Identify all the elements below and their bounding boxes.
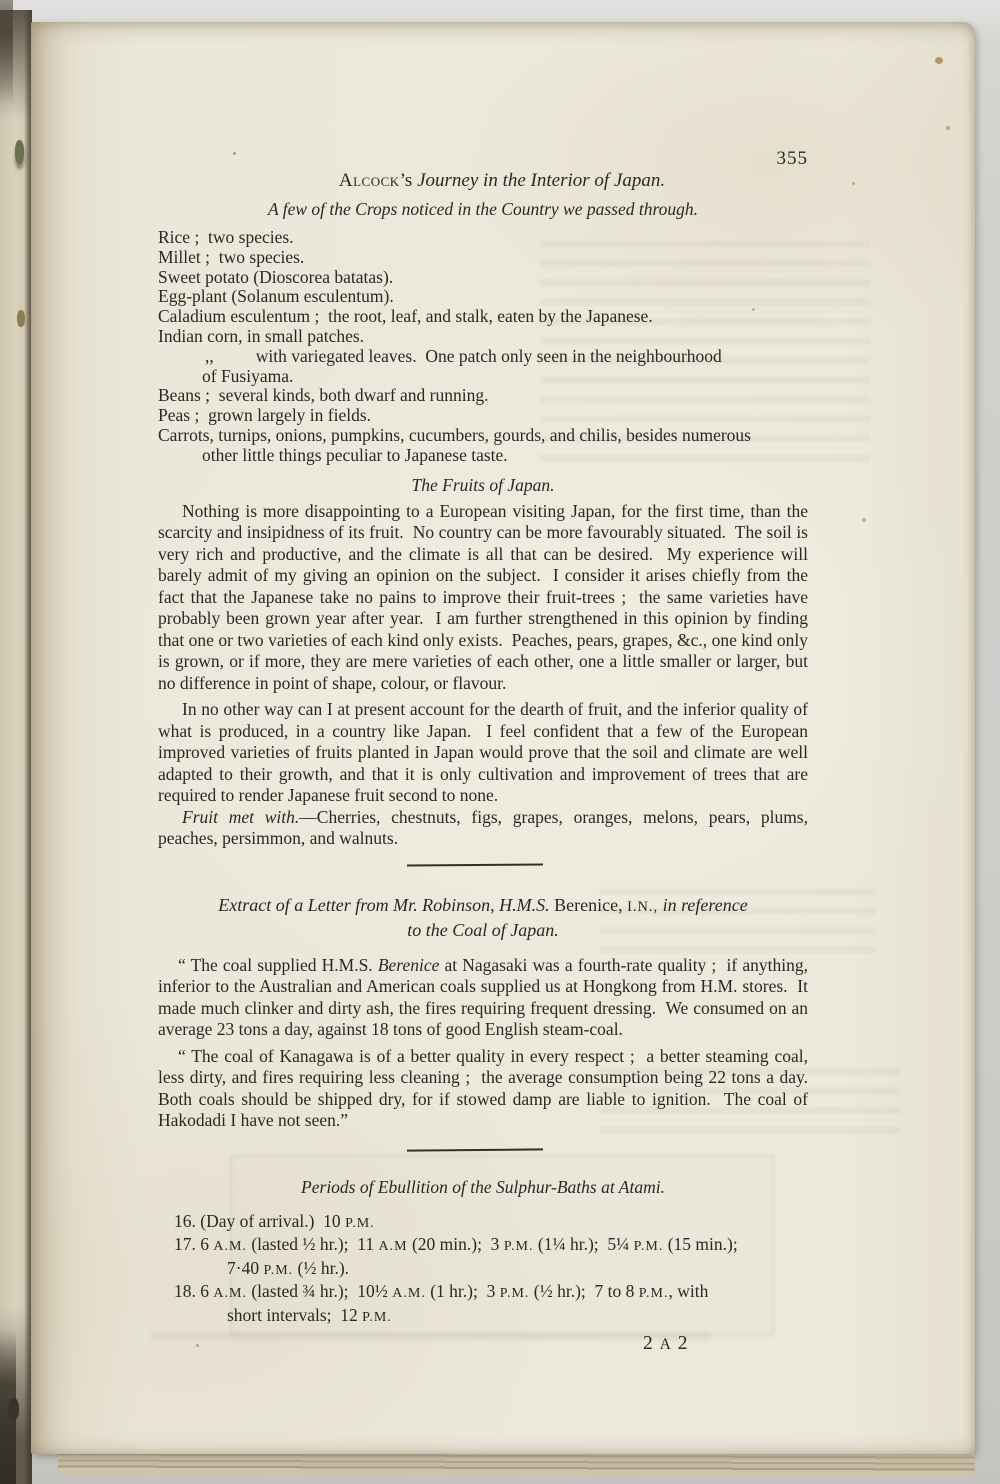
sulphur-baths-list: 16. (Day of arrival.) 10 P.M.17. 6 A.M. … [158, 1211, 808, 1329]
text-segment: (lasted ½ hr.); 11 [247, 1234, 379, 1254]
crops-list-item: Egg-plant (Solanum esculentum). [158, 287, 808, 307]
paragraph: “ The coal of Kanagawa is of a better qu… [158, 1046, 808, 1132]
crops-list-item: Caladium esculentum ; the root, leaf, an… [158, 307, 808, 327]
fruit-met-with-paragraph: Fruit met with.—Cherries, chestnuts, fig… [158, 807, 808, 850]
running-header-author: Alcock [339, 170, 400, 191]
bath-entry: 16. (Day of arrival.) 10 P.M. [174, 1211, 808, 1235]
coal-letter-paragraphs: “ The coal supplied H.M.S. Berenice at N… [158, 955, 808, 1132]
sulphur-baths-heading: Periods of Ebullition of the Sulphur-Bat… [158, 1177, 808, 1198]
text-segment: (½ hr.). [293, 1258, 349, 1278]
photographed-book-scene: Alcock’s Journey in the Interior of Japa… [0, 0, 1000, 1484]
binding-stitch [15, 140, 24, 164]
cover-shadow-bottom [0, 1330, 16, 1484]
text-segment: I.N., [627, 899, 658, 915]
crops-list-item: ,,with variegated leaves. One patch only… [158, 347, 808, 387]
text-segment: Fruit met with. [182, 807, 299, 827]
text-segment: P.M. [345, 1216, 375, 1231]
running-header-title: Journey in the Interior of Japan. [417, 170, 665, 191]
crops-list-item: Peas ; grown largely in fields. [158, 406, 808, 426]
text-segment: P.M. [639, 1286, 669, 1301]
text-segment: P.M. [362, 1310, 392, 1325]
text-segment: (½ hr.); 7 to 8 [529, 1281, 638, 1301]
text-segment: 2 [643, 1333, 660, 1354]
text-segment: (lasted ¾ hr.); 10½ [247, 1281, 392, 1301]
crops-list: Rice ; two species.Millet ; two species.… [158, 228, 808, 466]
text-segment: P.M. [634, 1239, 664, 1254]
text-segment: P.M. [500, 1286, 530, 1301]
text-segment: “ The coal supplied H.M.S. [178, 955, 378, 975]
page-content: Alcock’s Journey in the Interior of Japa… [31, 22, 975, 1355]
text-segment: (1 hr.); 3 [426, 1281, 500, 1301]
paragraph: Nothing is more disappointing to a Europ… [158, 501, 808, 695]
paragraph: “ The coal supplied H.M.S. Berenice at N… [158, 955, 808, 1041]
text-segment: 16. (Day of arrival.) 10 [174, 1211, 345, 1231]
text-segment: (20 min.); 3 [408, 1234, 504, 1254]
text-segment: Berenice [378, 955, 440, 975]
page-stack-edge [58, 1450, 975, 1477]
text-segment: Berenice, [554, 895, 627, 915]
text-segment: P.M. [504, 1239, 534, 1254]
text-segment: P.M. [263, 1263, 293, 1278]
paragraph: In no other way can I at present account… [158, 699, 808, 807]
text-segment: A [660, 1336, 672, 1353]
text-segment: 18. 6 [174, 1281, 213, 1301]
bath-entry: 17. 6 A.M. (lasted ½ hr.); 11 A.M (20 mi… [174, 1234, 808, 1281]
section-divider-rule [407, 863, 543, 866]
text-segment: (1¼ hr.); 5¼ [534, 1234, 634, 1254]
text-segment: A.M [379, 1239, 408, 1254]
coal-letter-heading: Extract of a Letter from Mr. Robinson, H… [158, 894, 808, 943]
fruits-section-heading: The Fruits of Japan. [158, 475, 808, 496]
book-gutter-edge [0, 10, 32, 1484]
text-segment: 2 [672, 1333, 689, 1354]
running-header: Alcock’s Journey in the Interior of Japa… [158, 148, 808, 175]
bath-entry: 18. 6 A.M. (lasted ¾ hr.); 10½ A.M. (1 h… [174, 1281, 808, 1328]
text-segment: A.M. [392, 1286, 426, 1301]
printers-signature: 2 A 2 [643, 1333, 808, 1355]
text-segment: 17. 6 [174, 1234, 213, 1254]
crops-list-item: Indian corn, in small patches. [158, 327, 808, 347]
crops-list-item: Sweet potato (Dioscorea batatas). [158, 268, 808, 288]
cover-shadow-top [0, 0, 13, 105]
text-segment: A.M. [213, 1286, 247, 1301]
page-number: 355 [777, 148, 809, 170]
section-divider-rule [407, 1148, 543, 1151]
text-segment: A.M. [213, 1239, 247, 1254]
crops-list-item: Millet ; two species. [158, 248, 808, 268]
ditto-mark: ,, [205, 346, 214, 366]
fruits-paragraphs: Nothing is more disappointing to a Europ… [158, 501, 808, 807]
binding-stitch [17, 310, 25, 327]
crops-list-item: Beans ; several kinds, both dwarf and ru… [158, 386, 808, 406]
book-page: Alcock’s Journey in the Interior of Japa… [31, 22, 975, 1454]
text-segment: Extract of a Letter from Mr. Robinson, H… [218, 895, 554, 915]
crops-list-item: Carrots, turnips, onions, pumpkins, cucu… [158, 426, 808, 466]
running-header-possessive: ’s [400, 170, 417, 191]
